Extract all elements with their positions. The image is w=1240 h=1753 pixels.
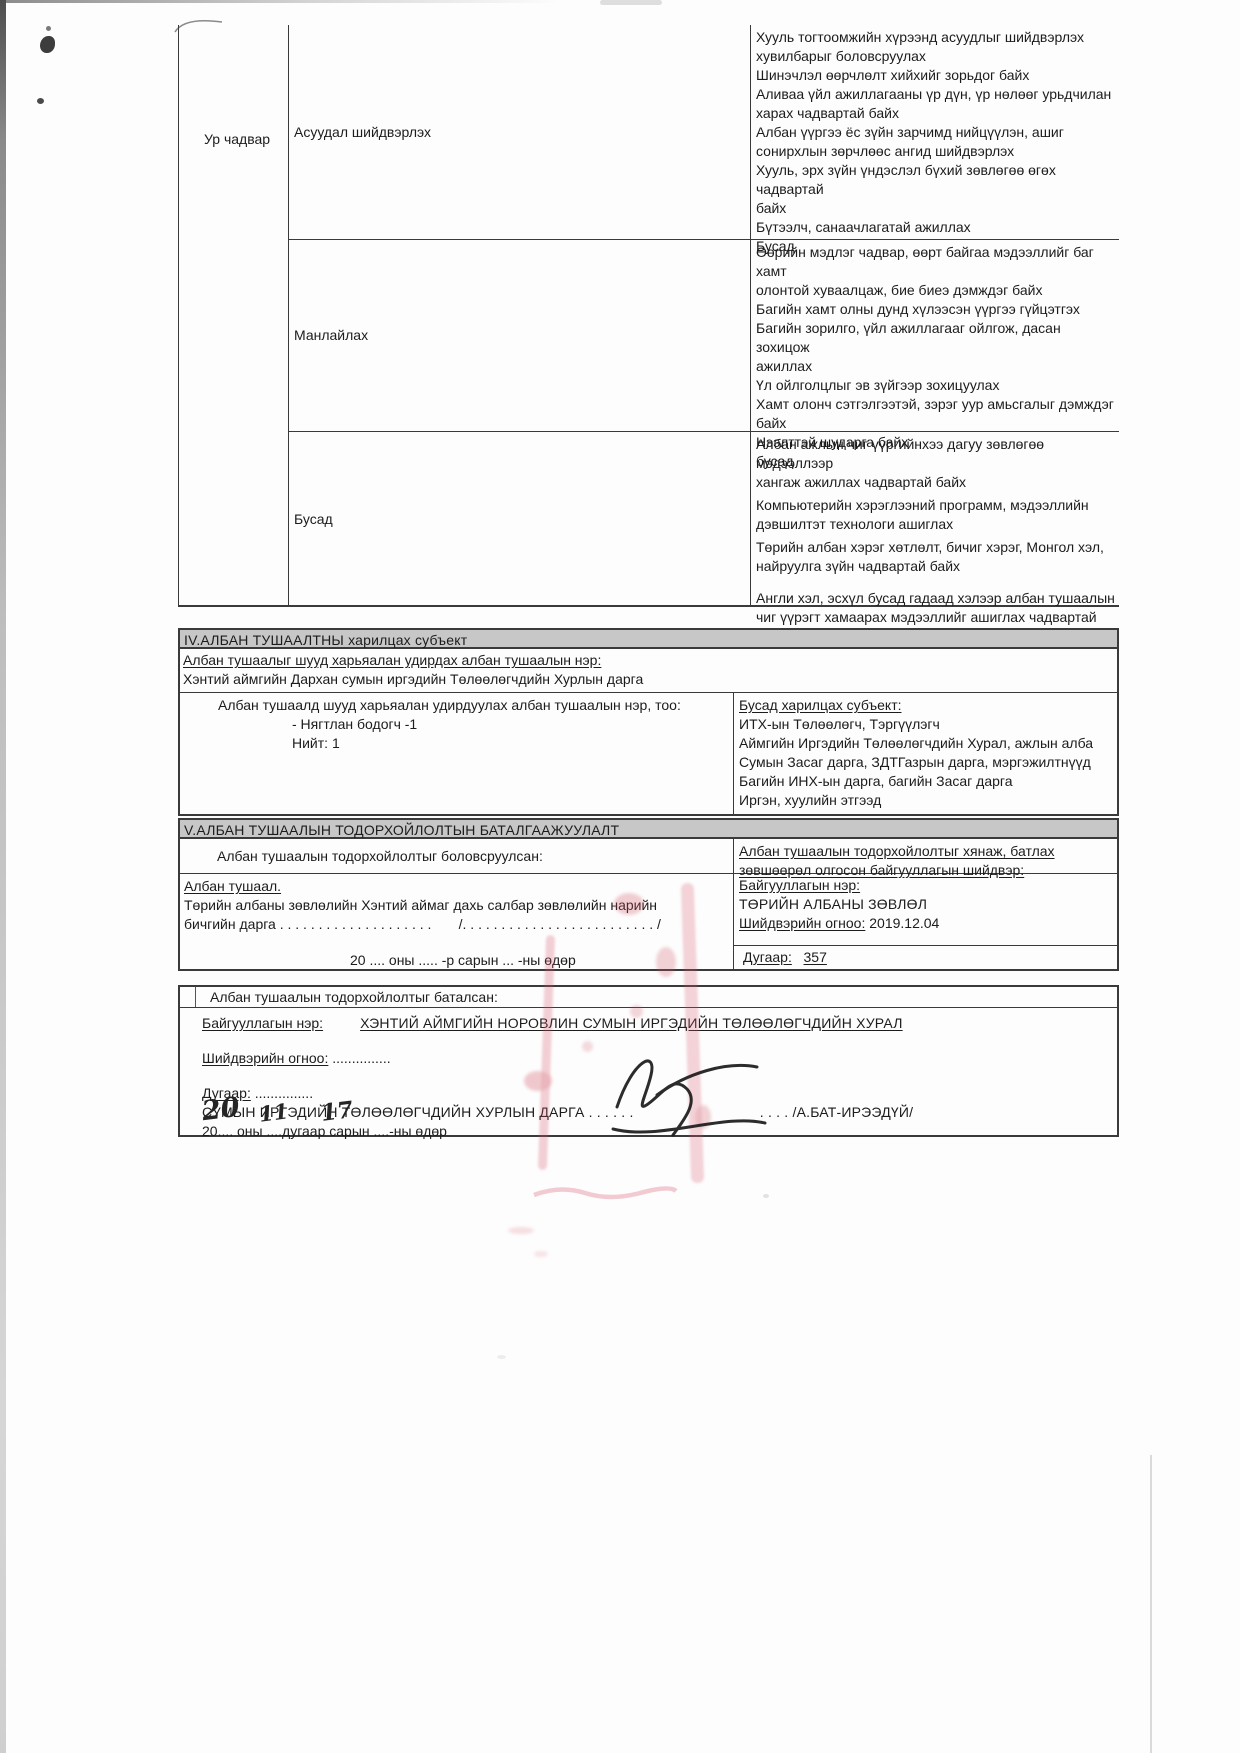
other-contact: Иргэн, хуулийн этгээд	[739, 791, 1115, 810]
supervisor-label: Албан тушаалыг шууд харьяалан удирдах ал…	[183, 651, 1114, 670]
scan-line-artifact	[1150, 1455, 1152, 1753]
section-iv-header: IV.АЛБАН ТУШААЛТНЫ харилцах субъект	[178, 628, 1119, 649]
handwritten-month: 11	[258, 1101, 289, 1123]
decision-date-line: Шийдвэрийн огноо: 2019.12.04	[739, 914, 1117, 933]
section-iv-supervisor: Албан тушаалыг шууд харьяалан удирдах ал…	[180, 649, 1117, 692]
skills-category-label: Ур чадвар	[204, 131, 270, 147]
handwritten-day: 17	[320, 1100, 354, 1123]
other-contact: Сумын Засаг дарга, ЗДТГазрын дарга, мэрг…	[739, 753, 1115, 772]
skill-row-criteria: Хууль тогтоомжийн хүрээнд асуудлыг шийдв…	[751, 25, 1119, 240]
scan-edge-shadow-left	[0, 0, 6, 1753]
decision-date-value: 2019.12.04	[869, 915, 939, 931]
scan-edge-shadow-top	[0, 0, 560, 3]
decision-number-cell: Дугаар: 357	[734, 945, 1117, 969]
subordinates-cell: Албан тушаалд шууд харьяалан удирдуулах …	[180, 693, 733, 814]
skill-row-criteria: Өөрийн мэдлэг чадвар, өөрт байгаа мэдээл…	[751, 240, 1119, 432]
approval-date-label: Шийдвэрийн огноо:	[202, 1050, 328, 1066]
skills-table: Ур чадвар Асуудал шийдвэрлэх Хууль тогто…	[178, 25, 1119, 607]
approval-org-label: Байгууллагын нэр:	[202, 1015, 323, 1031]
ink-dot	[46, 26, 51, 31]
subordinate-total: Нийт: 1	[218, 734, 733, 753]
approval-date-dots: ...............	[332, 1050, 390, 1066]
approval-org-line: Байгууллагын нэр:ХЭНТИЙ АЙМГИЙН НОРОВЛИН…	[202, 1014, 1117, 1033]
approval-decision-cell: Албан тушаалын тодорхойлолтыг хянаж, бат…	[734, 839, 1117, 873]
approval-title: Албан тушаалын тодорхойлолтыг баталсан:	[180, 987, 1117, 1008]
other-contact: ИТХ-ын Төлөөлөгч, Тэргүүлэгч	[739, 715, 1115, 734]
skill-row-label-problem-solving: Асуудал шийдвэрлэх	[289, 25, 751, 240]
org-value: ТӨРИЙН АЛБАНЫ ЗӨВЛӨЛ	[739, 895, 1117, 914]
handwritten-year: 20	[201, 1098, 241, 1121]
skill-row-label-leadership: Манлайлах	[289, 240, 751, 432]
other-contact: Аймгийн Иргэдийн Төлөөлөгчдийн Хурал, аж…	[739, 734, 1115, 753]
scan-smudge	[600, 0, 662, 5]
date-blank-line: 20 .... оны ..... -р сарын ... -ны өдөр	[184, 951, 733, 970]
position-cell: Албан тушаал. Төрийн албаны зөвлөлийн Хэ…	[180, 873, 733, 969]
decision-number-label: Дугаар:	[743, 949, 792, 965]
subordinate-item: - Нягтлан бодогч -1	[218, 715, 733, 734]
other-contacts-title: Бусад харилцах субъект:	[739, 696, 1115, 715]
approval-decision-label: Албан тушаалын тодорхойлолтыг хянаж, бат…	[739, 843, 1055, 878]
signature-icon	[605, 1045, 775, 1143]
decision-number-value: 357	[804, 949, 827, 965]
subordinates-title: Албан тушаалд шууд харьяалан удирдуулах …	[218, 696, 733, 715]
skill-row-criteria: Албан ажлын чиг үүргийнхээ дагуу зөвлөгө…	[751, 432, 1119, 607]
scan-speck	[497, 1355, 506, 1359]
section-iv: IV.АЛБАН ТУШААЛТНЫ харилцах субъект Алба…	[178, 628, 1119, 816]
decision-date-label: Шийдвэрийн огноо:	[739, 915, 865, 931]
scan-speck	[763, 1194, 769, 1198]
other-contact: Багийн ИНХ-ын дарга, багийн Засаг дарга	[739, 772, 1115, 791]
other-contacts-cell: Бусад харилцах субъект: ИТХ-ын Төлөөлөгч…	[733, 693, 1117, 814]
section-v-header: V.АЛБАН ТУШААЛЫН ТОДОРХОЙЛОЛТЫН БАТАЛГАА…	[178, 818, 1119, 839]
position-text: Төрийн албаны зөвлөлийн Хэнтий аймаг дах…	[184, 896, 733, 934]
supervisor-value: Хэнтий аймгийн Дархан сумын иргэдийн Төл…	[183, 670, 1114, 689]
skills-category-cell: Ур чадвар	[178, 25, 289, 607]
ink-spot	[40, 36, 55, 53]
position-label: Албан тушаал.	[184, 877, 733, 896]
skill-row-label-other: Бусад	[289, 432, 751, 607]
section-v: V.АЛБАН ТУШААЛЫН ТОДОРХОЙЛОЛТЫН БАТАЛГАА…	[178, 818, 1119, 971]
ink-dot	[37, 98, 44, 104]
org-decision-cell: Байгууллагын нэр: ТӨРИЙН АЛБАНЫ ЗӨВЛӨЛ Ш…	[734, 873, 1117, 945]
approval-org-value: ХЭНТИЙ АЙМГИЙН НОРОВЛИН СУМЫН ИРГЭДИЙН Т…	[360, 1015, 903, 1031]
developed-by-cell: Албан тушаалын тодорхойлолтыг боловсруул…	[180, 839, 733, 873]
